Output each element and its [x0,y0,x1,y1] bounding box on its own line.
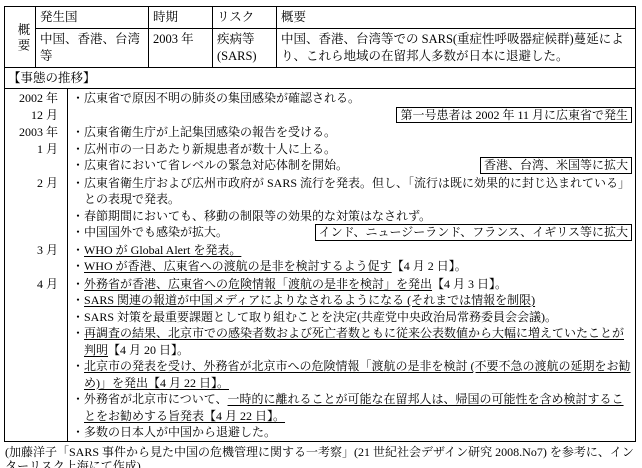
timeline-entries: ・広東省衛生庁および広州市政府が SARS 流行を発表。但し、「流行は既に効果的… [68,174,635,241]
timeline-group: 2 月・広東省衛生庁および広州市政府が SARS 流行を発表。但し、「流行は既に… [5,174,635,241]
text-segment: ・春節期間においても、移動の制限等の効果的な対策はなされず。 [72,209,431,223]
annotation-box: 第一号患者は 2002 年 11 月に広東省で発生 [396,107,632,124]
entry-text: ・外務省が北京市について、一時的に離れることが可能な在留邦人は、帰国の可能性を含… [72,392,624,423]
date-label: 4 月 [5,276,67,293]
value-risk: 疾病等 (SARS) [213,29,277,67]
timeline-entry: ・外務省が香港、広東省への危険情報「渡航の是非を検討」を発出【4 月 3 日】。 [72,276,633,293]
text-segment: ・ [72,293,84,307]
value-summary: 中国、香港、台湾等での SARS(重症性呼吸器症候群)蔓延により、これら地域の在… [277,29,635,67]
timeline-group: 2003 年1 月・広東省衛生庁が上記集団感染の報告を受ける。・広州市の一日あた… [5,123,635,174]
timeline-entry: ・再調査の結果、北京市での感染者数および死亡者数ともに従来公表数値から大幅に増え… [72,325,633,358]
timeline-date: 3 月 [5,241,68,275]
timeline-entry: ・中国国外でも感染が拡大。インド、ニュージーランド、フランス、イギリス等に拡大 [72,224,633,241]
text-segment: ・ [72,359,84,373]
overview-table: 概要 発生国 時期 リスク 概要 中国、香港、台湾等 2003 年 疾病等 (S… [4,6,636,442]
annotation-box: インド、ニュージーランド、フランス、イギリス等に拡大 [315,224,632,241]
value-period: 2003 年 [149,29,213,67]
timeline-date: 2002 年12 月 [5,89,68,123]
entry-text: ・多数の日本人が中国から退避した。 [72,425,276,439]
text-segment: ・ [72,326,84,340]
entry-text: ・SARS 対策を最重要課題として取り組むことを決定(共産党中央政治局常務委員会… [72,310,557,324]
timeline-entries: ・WHO が Global Alert を発表。・WHO が香港、広東省への渡航… [68,241,635,275]
entry-text: ・広東省で原因不明の肺炎の集団感染が確認される。 [72,91,360,105]
text-segment: 【4 月 3 日】。 [432,277,507,291]
date-label: 2002 年 [5,90,67,107]
entry-text: ・SARS 関連の報道が中国メディアによりなされるようになる (それまでは情報を… [72,293,535,307]
entry-text: ・春節期間においても、移動の制限等の効果的な対策はなされず。 [72,209,431,223]
text-segment: 外務省が香港、広東省への危険情報「渡航の是非を検討」を発出 [84,277,432,291]
text-segment: 北京市の発表を受け、外務省が北京市への危険情報「渡航の是非を検討 (不要不急の渡… [84,359,631,390]
date-label: 1 月 [5,141,67,158]
entry-text: ・WHO が香港、広東省への渡航の是非を検討するよう促す【4 月 2 日】。 [72,259,467,273]
timeline-entry: ・広州市の一日あたり新規患者が数十人に上る。 [72,141,633,158]
date-label: 2003 年 [5,124,67,141]
timeline-entries: ・外務省が香港、広東省への危険情報「渡航の是非を検討」を発出【4 月 3 日】。… [68,275,635,441]
text-segment: ・広東省で原因不明の肺炎の集団感染が確認される。 [72,91,360,105]
text-segment: SARS 関連の報道が中国メディアによりなされるようになる (それまでは情報を制… [84,293,535,307]
timeline-entries: ・広東省で原因不明の肺炎の集団感染が確認される。第一号患者は 2002 年 11… [68,89,635,123]
entry-text: ・北京市の発表を受け、外務省が北京市への危険情報「渡航の是非を検討 (不要不急の… [72,359,631,390]
timeline-group: 3 月・WHO が Global Alert を発表。・WHO が香港、広東省へ… [5,241,635,275]
date-label: 12 月 [5,107,67,124]
text-segment: ・外務省が北京市について、 [72,392,228,406]
corner-label: 概要 [5,7,36,67]
text-segment: ・広州市の一日あたり新規患者が数十人に上る。 [72,142,336,156]
annotation-box: 香港、台湾、米国等に拡大 [480,157,632,174]
entry-text: ・WHO が Global Alert を発表。 [72,243,241,257]
text-segment: ・中国国外でも感染が拡大。 [72,225,228,239]
timeline: 2002 年12 月・広東省で原因不明の肺炎の集団感染が確認される。第一号患者は… [5,89,635,441]
entry-text: ・外務省が香港、広東省への危険情報「渡航の是非を検討」を発出【4 月 3 日】。 [72,277,507,291]
timeline-entry: ・広東省衛生庁が上記集団感染の報告を受ける。 [72,124,633,141]
value-risk-line2: (SARS) [217,48,272,65]
text-segment: ・ [72,243,84,257]
text-segment: ・多数の日本人が中国から退避した。 [72,425,276,439]
text-segment: ・SARS 対策を最重要課題として取り組むことを決定(共産党中央政治局常務委員会… [72,310,557,324]
text-segment: ・広東省衛生庁が上記集団感染の報告を受ける。 [72,125,336,139]
timeline-entry: ・多数の日本人が中国から退避した。 [72,424,633,441]
timeline-date: 2003 年1 月 [5,123,68,174]
text-segment: 【4 月 20 日】。 [108,343,189,357]
progress-heading: 【事態の推移】 [5,68,635,89]
entry-text: ・中国国外でも感染が拡大。 [72,224,228,241]
timeline-entry: ・春節期間においても、移動の制限等の効果的な対策はなされず。 [72,208,633,225]
column-header-country: 発生国 [36,7,149,29]
date-label: 2 月 [5,175,67,192]
column-header-risk: リスク [213,7,277,29]
entry-text: ・再調査の結果、北京市での感染者数および死亡者数ともに従来公表数値から大幅に増え… [72,326,624,357]
text-segment: ・広東省において省レベルの緊急対応体制を開始。 [72,158,348,172]
timeline-entry: ・SARS 対策を最重要課題として取り組むことを決定(共産党中央政治局常務委員会… [72,309,633,326]
timeline-entry: ・SARS 関連の報道が中国メディアによりなされるようになる (それまでは情報を… [72,292,633,309]
timeline-entry: ・北京市の発表を受け、外務省が北京市への危険情報「渡航の是非を検討 (不要不急の… [72,358,633,391]
document: 概要 発生国 時期 リスク 概要 中国、香港、台湾等 2003 年 疾病等 (S… [0,0,642,468]
timeline-group: 4 月・外務省が香港、広東省への危険情報「渡航の是非を検討」を発出【4 月 3 … [5,275,635,441]
text-segment: ・ [72,259,84,273]
source-note: (加藤洋子「SARS 事件から見た中国の危機管理に関する一考察」(21 世紀社会… [4,442,642,468]
timeline-entry: 第一号患者は 2002 年 11 月に広東省で発生 [72,107,633,124]
text-segment: WHO が Global Alert を発表。 [84,243,241,257]
value-country: 中国、香港、台湾等 [36,29,149,67]
timeline-entry: ・WHO が香港、広東省への渡航の是非を検討するよう促す【4 月 2 日】。 [72,258,633,275]
entry-text: ・広東省衛生庁が上記集団感染の報告を受ける。 [72,125,336,139]
timeline-date: 2 月 [5,174,68,241]
timeline-date: 4 月 [5,275,68,441]
entry-text: ・広東省において省レベルの緊急対応体制を開始。 [72,157,348,174]
text-segment: ・広東省衛生庁および広州市政府が SARS 流行を発表。但し、「流行は既に効果的… [72,176,630,207]
date-label: 3 月 [5,242,67,259]
entry-text: ・広東省衛生庁および広州市政府が SARS 流行を発表。但し、「流行は既に効果的… [72,176,630,207]
timeline-entry: ・外務省が北京市について、一時的に離れることが可能な在留邦人は、帰国の可能性を含… [72,391,633,424]
column-header-summary: 概要 [277,7,635,29]
timeline-entry: ・広東省において省レベルの緊急対応体制を開始。香港、台湾、米国等に拡大 [72,157,633,174]
column-header-period: 時期 [149,7,213,29]
timeline-group: 2002 年12 月・広東省で原因不明の肺炎の集団感染が確認される。第一号患者は… [5,89,635,123]
value-risk-line1: 疾病等 [217,31,272,48]
entry-text: ・広州市の一日あたり新規患者が数十人に上る。 [72,142,336,156]
timeline-entries: ・広東省衛生庁が上記集団感染の報告を受ける。・広州市の一日あたり新規患者が数十人… [68,123,635,174]
timeline-entry: ・広東省衛生庁および広州市政府が SARS 流行を発表。但し、「流行は既に効果的… [72,175,633,208]
text-segment: 【4 月 2 日】。 [392,259,467,273]
timeline-entry: ・広東省で原因不明の肺炎の集団感染が確認される。 [72,90,633,107]
text-segment: ・ [72,277,84,291]
text-segment: WHO が香港、広東省への渡航の是非を検討するよう促す [84,259,392,273]
timeline-entry: ・WHO が Global Alert を発表。 [72,242,633,259]
overview-grid: 概要 発生国 時期 リスク 概要 中国、香港、台湾等 2003 年 疾病等 (S… [5,7,635,68]
